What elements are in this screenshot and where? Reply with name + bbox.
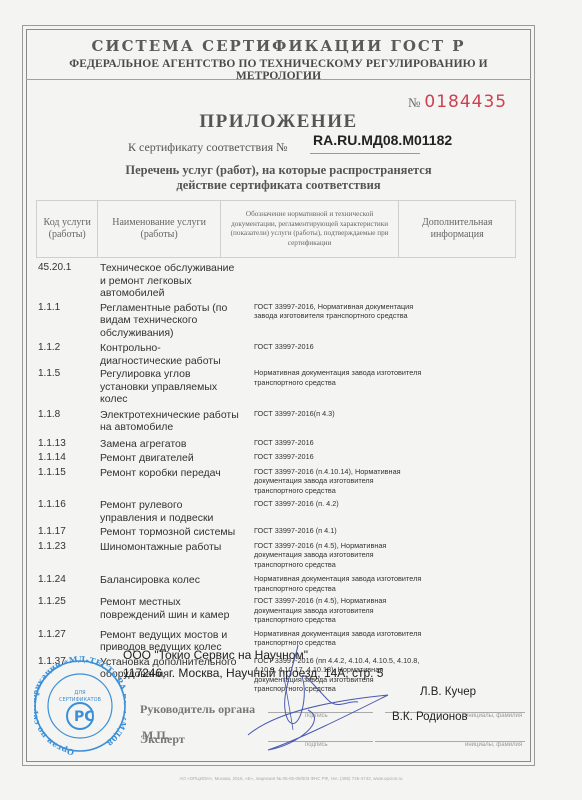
- expert-label: Эксперт: [140, 732, 185, 747]
- table-row: 1.1.13Замена агрегатовГОСТ 33997-2016: [38, 438, 518, 451]
- cell-code: 1.1.23: [38, 541, 88, 570]
- cell-doc: ГОСТ 33997-2016 (п.4.10.14), Нормативная…: [254, 467, 424, 496]
- cell-name: Ремонт коробки передач: [100, 467, 240, 496]
- expert-name: В.К. Родионов: [392, 711, 468, 723]
- cell-name: Ремонт двигателей: [100, 452, 240, 465]
- cell-doc: Нормативная документация завода изготови…: [254, 574, 424, 593]
- header-info: Дополнительная информация: [399, 201, 516, 258]
- table-row: 1.1.5Регулировка углов установки управля…: [38, 368, 518, 406]
- system-title: СИСТЕМА СЕРТИФИКАЦИИ ГОСТ Р: [26, 37, 531, 55]
- cell-code: 1.1.14: [38, 452, 88, 465]
- table-row: 1.1.14Ремонт двигателейГОСТ 33997-2016: [38, 452, 518, 465]
- cell-code: 1.1.1: [38, 302, 88, 340]
- cell-doc: ГОСТ 33997-2016(п 4.3): [254, 409, 424, 434]
- cell-code: 1.1.17: [38, 526, 88, 539]
- svg-text:ДЛЯ: ДЛЯ: [74, 690, 85, 696]
- cell-doc: ГОСТ 33997-2016 (п 4.5), Нормативная док…: [254, 596, 424, 625]
- cell-code: 1.1.15: [38, 467, 88, 496]
- certification-stamp-icon: Орган по сертификации «МД-ТЕСТ» RA.RU.12…: [34, 650, 126, 762]
- cell-code: 1.1.24: [38, 574, 88, 593]
- table-row: 1.1.1Регламентные работы (по видам техни…: [38, 302, 518, 340]
- list-title-line1: Перечень услуг (работ), на которые распр…: [26, 163, 531, 178]
- header-divider: [26, 79, 531, 80]
- table-row: 1.1.17Ремонт тормозной системыГОСТ 33997…: [38, 526, 518, 539]
- cell-code: 1.1.2: [38, 342, 88, 367]
- serial-number: №0184435: [408, 92, 507, 112]
- number-sign: №: [408, 95, 420, 110]
- table-header: Код услуги (работы) Наименование услуги …: [36, 200, 516, 258]
- signature-scribble-icon: [238, 640, 398, 760]
- header-doc: Обозначение нормативной и технической до…: [220, 201, 399, 258]
- cell-name: Замена агрегатов: [100, 438, 240, 451]
- cell-doc: ГОСТ 33997-2016: [254, 438, 424, 451]
- serial-value: 0184435: [424, 92, 507, 112]
- cell-doc: ГОСТ 33997-2016 (п 4.1): [254, 526, 424, 539]
- cell-doc: ГОСТ 33997-2016: [254, 452, 424, 465]
- cert-number: RA.RU.МД08.М01182: [313, 132, 452, 148]
- appendix-title: ПРИЛОЖЕНИЕ: [26, 111, 531, 133]
- cell-doc: ГОСТ 33997-2016 (п 4.5), Нормативная док…: [254, 541, 424, 570]
- cell-doc: ГОСТ 33997-2016, Нормативная документаци…: [254, 302, 424, 340]
- cell-doc: ГОСТ 33997-2016 (п. 4.2): [254, 499, 424, 524]
- table-row: 1.1.23Шиномонтажные работыГОСТ 33997-201…: [38, 541, 518, 570]
- service-list: 45.20.1Техническое обслуживание и ремонт…: [38, 262, 518, 696]
- cert-label: К сертификату соответствия №: [128, 140, 288, 155]
- cell-name: Техническое обслуживание и ремонт легков…: [100, 262, 240, 300]
- cell-doc: Нормативная документация завода изготови…: [254, 368, 424, 406]
- cell-code: 1.1.5: [38, 368, 88, 406]
- table-row: 1.1.15Ремонт коробки передачГОСТ 33997-2…: [38, 467, 518, 496]
- head-initials-caption: инициалы, фамилия: [465, 713, 522, 719]
- cell-code: 1.1.13: [38, 438, 88, 451]
- cell-name: Балансировка колес: [100, 574, 240, 593]
- cell-doc: ГОСТ 33997-2016: [254, 342, 424, 367]
- svg-text:РС: РС: [74, 709, 95, 725]
- table-row: 1.1.16Ремонт рулевого управления и подве…: [38, 499, 518, 524]
- table-row: 45.20.1Техническое обслуживание и ремонт…: [38, 262, 518, 300]
- table-row: 1.1.25Ремонт местных повреждений шин и к…: [38, 596, 518, 625]
- list-title-line2: действие сертификата соответствия: [26, 178, 531, 193]
- cell-name: Регулировка углов установки управляемых …: [100, 368, 240, 406]
- cell-name: Ремонт рулевого управления и подвески: [100, 499, 240, 524]
- cell-name: Контрольно-диагностические работы: [100, 342, 240, 367]
- table-row: 1.1.24Балансировка колесНормативная доку…: [38, 574, 518, 593]
- cell-name: Ремонт местных повреждений шин и камер: [100, 596, 240, 625]
- cell-name: Шиномонтажные работы: [100, 541, 240, 570]
- cell-code: 1.1.25: [38, 596, 88, 625]
- cell-code: 1.1.8: [38, 409, 88, 434]
- table-row: 1.1.8Электротехнические работы на автомо…: [38, 409, 518, 434]
- cert-underline: [310, 153, 420, 154]
- table-row: 1.1.2Контрольно-диагностические работыГО…: [38, 342, 518, 367]
- cell-name: Ремонт тормозной системы: [100, 526, 240, 539]
- header-code: Код услуги (работы): [37, 201, 98, 258]
- cell-code: 45.20.1: [38, 262, 88, 300]
- expert-initials-caption: инициалы, фамилия: [465, 742, 522, 748]
- cell-code: 1.1.16: [38, 499, 88, 524]
- cell-doc: [254, 262, 424, 300]
- print-info: АО «ОПЦИОН», Москва, 2016, «Б», лицензия…: [0, 776, 582, 781]
- cell-name: Электротехнические работы на автомобиле: [100, 409, 240, 434]
- list-title: Перечень услуг (работ), на которые распр…: [26, 163, 531, 193]
- header-name: Наименование услуги (работы): [98, 201, 220, 258]
- expert-label-text: Эксперт: [140, 732, 185, 746]
- head-name: Л.В. Кучер: [420, 686, 476, 698]
- cell-name: Регламентные работы (по видам техническо…: [100, 302, 240, 340]
